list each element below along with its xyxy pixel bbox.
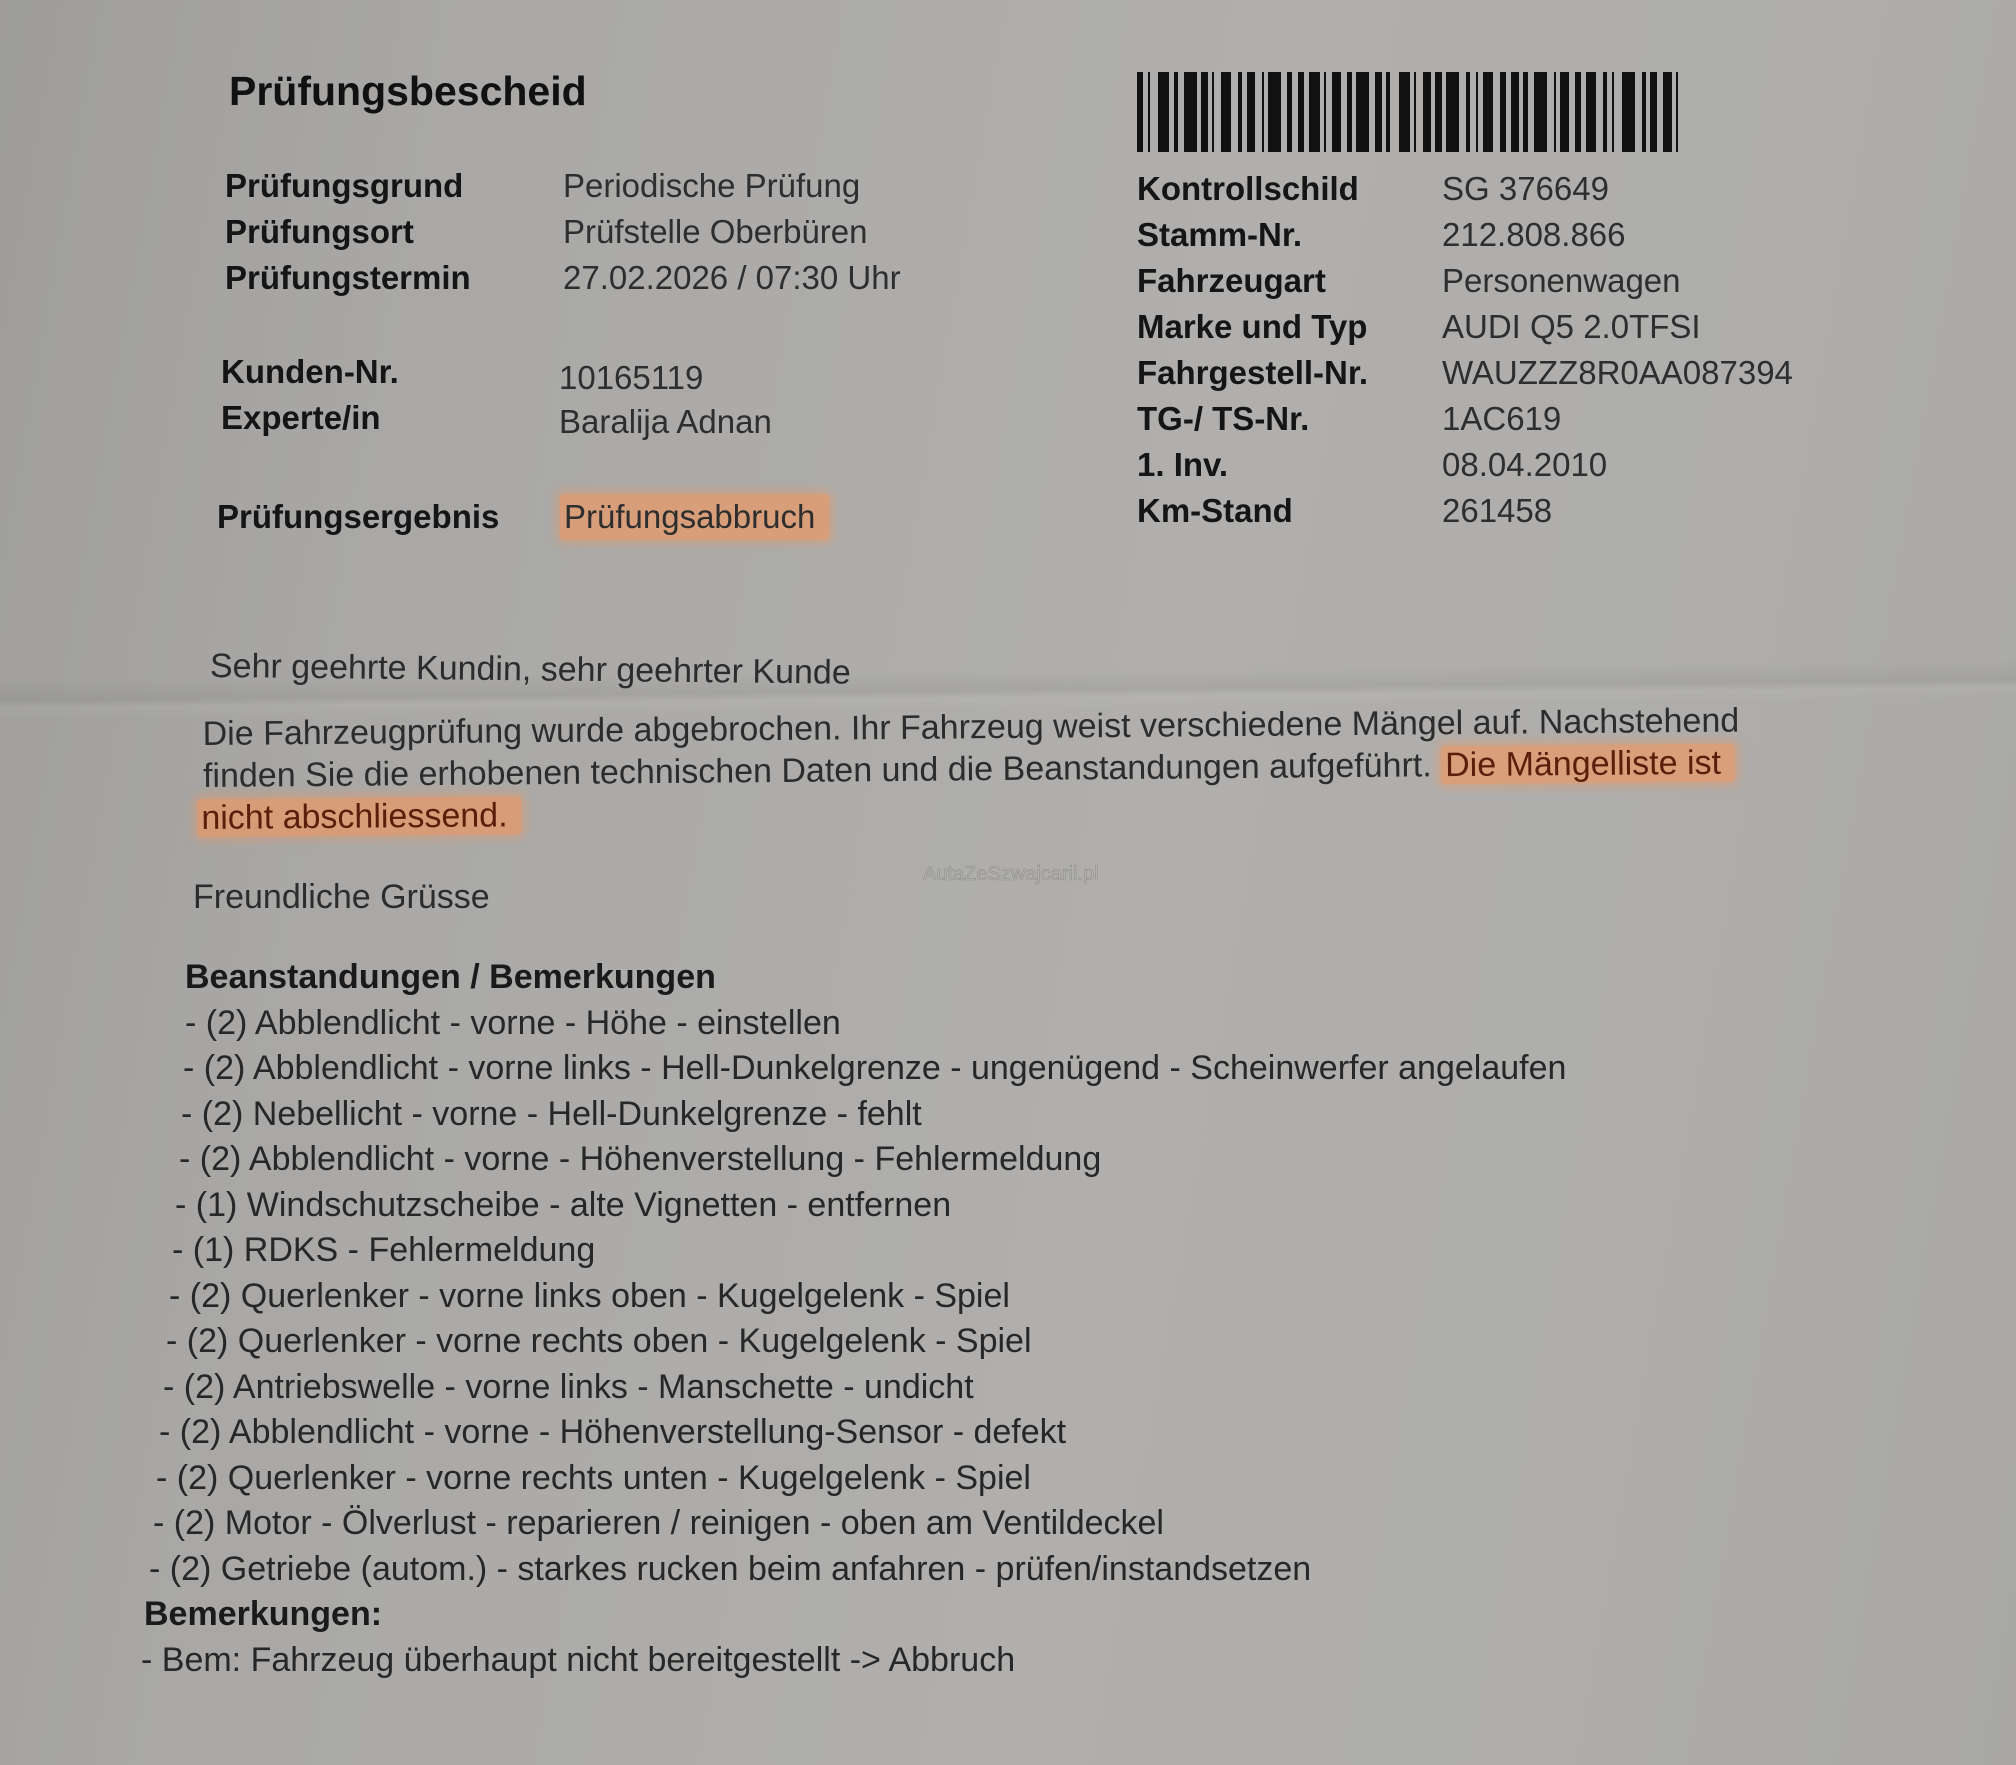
field-value: 1AC619 xyxy=(1442,396,1561,442)
field-label: Kontrollschild xyxy=(1137,166,1442,212)
highlighted-note: Die Mängelliste ist xyxy=(1441,744,1735,785)
barcode xyxy=(1137,72,1685,152)
field-label: Km-Stand xyxy=(1137,488,1442,534)
field-marke-typ: Marke und Typ AUDI Q5 2.0TFSI xyxy=(1137,304,1793,350)
field-label: Stamm-Nr. xyxy=(1137,212,1442,258)
defect-item: - (2) Antriebswelle - vorne links - Mans… xyxy=(163,1365,1566,1411)
field-value: WAUZZZ8R0AA087394 xyxy=(1442,350,1793,396)
defect-item: - (2) Abblendlicht - vorne - Höhe - eins… xyxy=(185,1001,1566,1047)
document-title: Prüfungsbescheid xyxy=(229,68,587,115)
field-value: 261458 xyxy=(1442,488,1552,534)
field-value: 08.04.2010 xyxy=(1442,442,1607,488)
highlighted-note: nicht abschliessend. xyxy=(197,796,522,837)
field-fahrgestell-nr: Fahrgestell-Nr. WAUZZZ8R0AA087394 xyxy=(1137,350,1793,396)
defect-item: - (2) Querlenker - vorne rechts unten - … xyxy=(156,1456,1566,1502)
defect-item: - (1) Windschutzscheibe - alte Vignetten… xyxy=(175,1183,1566,1229)
letter-body: Die Fahrzeugprüfung wurde abgebrochen. I… xyxy=(202,698,1973,839)
field-experte: Experte/in Baralija Adnan xyxy=(221,395,772,441)
customer-info: Kunden-Nr. 10165119 Experte/in Baralija … xyxy=(221,349,772,441)
field-kontrollschild: Kontrollschild SG 376649 xyxy=(1137,166,1793,212)
letter-body-text: finden Sie die erhobenen technischen Dat… xyxy=(203,746,1441,795)
defect-item: - (2) Abblendlicht - vorne - Höhenverste… xyxy=(159,1410,1566,1456)
field-erste-inverkehrsetzung: 1. Inv. 08.04.2010 xyxy=(1137,442,1793,488)
field-label: TG-/ TS-Nr. xyxy=(1137,396,1442,442)
field-label: Fahrgestell-Nr. xyxy=(1137,350,1442,396)
field-label: Prüfungsort xyxy=(225,209,563,255)
field-value: SG 376649 xyxy=(1442,166,1609,212)
field-value: Periodische Prüfung xyxy=(563,163,860,209)
field-label: Marke und Typ xyxy=(1137,304,1442,350)
defects-heading: Beanstandungen / Bemerkungen xyxy=(185,955,1566,1001)
field-pruefungsgrund: Prüfungsgrund Periodische Prüfung xyxy=(225,163,901,209)
remark-item: - Bem: Fahrzeug überhaupt nicht bereitge… xyxy=(141,1638,1566,1684)
field-value: 212.808.866 xyxy=(1442,212,1626,258)
field-km-stand: Km-Stand 261458 xyxy=(1137,488,1793,534)
field-value: AUDI Q5 2.0TFSI xyxy=(1442,304,1701,350)
result-info: Prüfungsergebnis Prüfungsabbruch xyxy=(217,494,829,540)
field-value: Personenwagen xyxy=(1442,258,1681,304)
remarks-heading: Bemerkungen: xyxy=(144,1592,1566,1638)
defect-item: - (2) Nebellicht - vorne - Hell-Dunkelgr… xyxy=(181,1092,1566,1138)
letter-greeting: Sehr geehrte Kundin, sehr geehrter Kunde xyxy=(210,645,851,694)
field-label: Prüfungstermin xyxy=(225,255,563,301)
field-label: Prüfungsgrund xyxy=(225,163,563,209)
field-label: Kunden-Nr. xyxy=(221,349,559,395)
field-kunden-nr: Kunden-Nr. 10165119 xyxy=(221,349,772,395)
field-pruefungstermin: Prüfungstermin 27.02.2026 / 07:30 Uhr xyxy=(225,255,901,301)
field-label: 1. Inv. xyxy=(1137,442,1442,488)
defect-item: - (2) Getriebe (autom.) - starkes rucken… xyxy=(149,1547,1566,1593)
defect-item: - (1) RDKS - Fehlermeldung xyxy=(172,1228,1566,1274)
field-tg-ts-nr: TG-/ TS-Nr. 1AC619 xyxy=(1137,396,1793,442)
field-stamm-nr: Stamm-Nr. 212.808.866 xyxy=(1137,212,1793,258)
defect-item: - (2) Querlenker - vorne links oben - Ku… xyxy=(169,1274,1566,1320)
field-label: Experte/in xyxy=(221,395,559,441)
field-pruefungsort: Prüfungsort Prüfstelle Oberbüren xyxy=(225,209,901,255)
field-value: Baralija Adnan xyxy=(559,399,772,445)
defects-list: Beanstandungen / Bemerkungen - (2) Abble… xyxy=(185,955,1566,1683)
watermark: AutaZeSzwajcarii.pl xyxy=(923,863,1099,886)
letter-closing: Freundliche Grüsse xyxy=(193,876,490,918)
field-fahrzeugart: Fahrzeugart Personenwagen xyxy=(1137,258,1793,304)
vehicle-info: Kontrollschild SG 376649 Stamm-Nr. 212.8… xyxy=(1137,166,1793,534)
result-status-badge: Prüfungsabbruch xyxy=(560,494,829,540)
field-label: Prüfungsergebnis xyxy=(217,494,560,540)
defect-item: - (2) Abblendlicht - vorne links - Hell-… xyxy=(183,1046,1566,1092)
defect-item: - (2) Motor - Ölverlust - reparieren / r… xyxy=(153,1501,1566,1547)
field-label: Fahrzeugart xyxy=(1137,258,1442,304)
defect-item: - (2) Abblendlicht - vorne - Höhenverste… xyxy=(179,1137,1566,1183)
field-value: Prüfstelle Oberbüren xyxy=(563,209,868,255)
field-pruefungsergebnis: Prüfungsergebnis Prüfungsabbruch xyxy=(217,494,829,540)
field-value: 27.02.2026 / 07:30 Uhr xyxy=(563,255,901,301)
defect-item: - (2) Querlenker - vorne rechts oben - K… xyxy=(166,1319,1566,1365)
inspection-info: Prüfungsgrund Periodische Prüfung Prüfun… xyxy=(225,163,901,301)
field-value: 10165119 xyxy=(559,355,703,401)
